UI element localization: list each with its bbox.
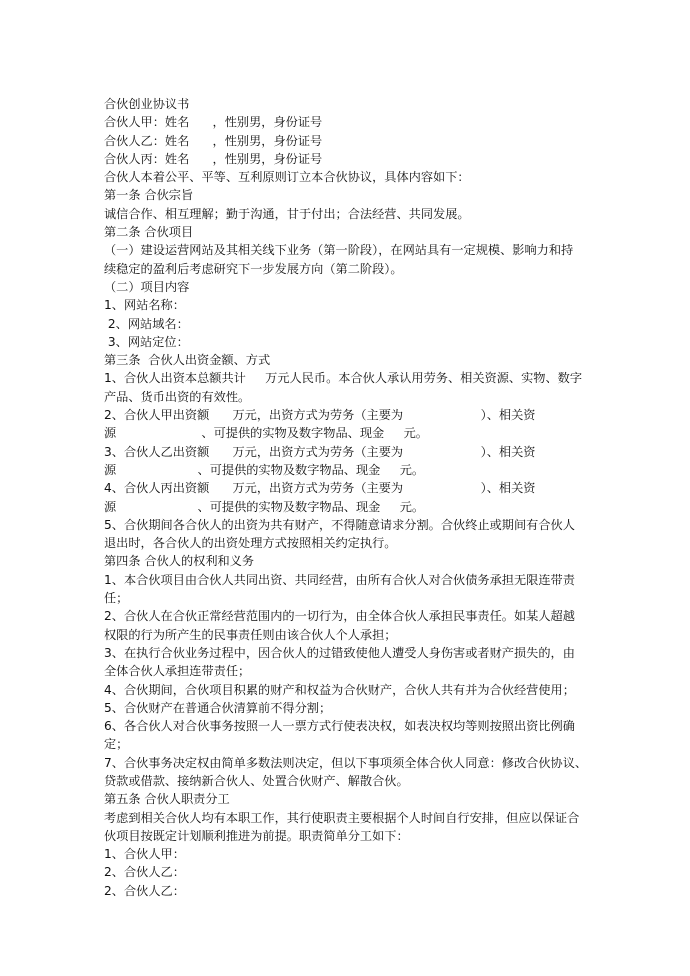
article-4-line: 6、各合伙人对合伙事务按照一人一票方式行使表决权，如表决权均等则按照出资比例确: [104, 717, 594, 735]
article-3-line: 源 、可提供的实物及数字物品、现金 元。: [104, 498, 594, 516]
article-2-heading: 第二条 合伙项目: [104, 223, 594, 241]
article-2-line: 1、网站名称：: [104, 296, 594, 314]
article-5-line: 1、合伙人甲：: [104, 845, 594, 863]
article-4-line: 5、合伙财产在普通合伙清算前不得分割；: [104, 699, 594, 717]
party-line-a: 合伙人甲：姓名 ，性别男，身份证号: [104, 113, 594, 131]
article-2-line: 2、网站域名：: [104, 315, 594, 333]
article-5-line: 2、合伙人乙：: [104, 882, 594, 900]
article-3-line: 源 、可提供的实物及数字物品、现金 元。: [104, 424, 594, 442]
document-page: 合伙创业协议书 合伙人甲：姓名 ，性别男，身份证号 合伙人乙：姓名 ，性别男，身…: [104, 95, 594, 900]
article-4-line: 定；: [104, 735, 594, 753]
article-5-heading: 第五条 合伙人职责分工: [104, 790, 594, 808]
article-4-line: 4、合伙期间，合伙项目积累的财产和权益为合伙财产，合伙人共有并为合伙经营使用；: [104, 681, 594, 699]
article-2-line: （二）项目内容: [104, 278, 594, 296]
article-3-line: 4、合伙人丙出资额 万元，出资方式为劳务（主要为 ）、相关资: [104, 479, 594, 497]
article-4-line: 任；: [104, 589, 594, 607]
article-5-line: 伙项目按既定计划顺利推进为前提。职责简单分工如下：: [104, 827, 594, 845]
article-4-line: 7、合伙事务决定权由简单多数法则决定，但以下事项须全体合伙人同意：修改合伙协议、: [104, 754, 594, 772]
party-line-c: 合伙人丙：姓名 ，性别男，身份证号: [104, 150, 594, 168]
article-4-line: 权限的行为所产生的民事责任则由该合伙人个人承担；: [104, 626, 594, 644]
article-4-heading: 第四条 合伙人的权利和义务: [104, 552, 594, 570]
party-line-b: 合伙人乙：姓名 ，性别男，身份证号: [104, 132, 594, 150]
article-2-line: 续稳定的盈利后考虑研究下一步发展方向（第二阶段）。: [104, 260, 594, 278]
article-4-line: 2、合伙人在合伙正常经营范围内的一切行为，由全体合伙人承担民事责任。如某人超越: [104, 607, 594, 625]
document-title: 合伙创业协议书: [104, 95, 594, 113]
article-3-line: 3、合伙人乙出资额 万元，出资方式为劳务（主要为 ）、相关资: [104, 443, 594, 461]
preamble: 合伙人本着公平、平等、互利原则订立本合伙协议，具体内容如下：: [104, 168, 594, 186]
article-1-heading: 第一条 合伙宗旨: [104, 186, 594, 204]
article-4-line: 全体合伙人承担连带责任；: [104, 662, 594, 680]
article-5-line: 2、合伙人乙：: [104, 863, 594, 881]
article-2-line: （一）建设运营网站及其相关线下业务（第一阶段），在网站具有一定规模、影响力和持: [104, 241, 594, 259]
article-3-line: 2、合伙人甲出资额 万元，出资方式为劳务（主要为 ）、相关资: [104, 406, 594, 424]
article-2-line: 3、网站定位：: [104, 333, 594, 351]
article-3-heading: 第三条 合伙人出资金额、方式: [104, 351, 594, 369]
article-3-line: 产品、货币出资的有效性。: [104, 388, 594, 406]
article-4-line: 贷款或借款、接纳新合伙人、处置合伙财产、解散合伙。: [104, 772, 594, 790]
article-3-line: 5、合伙期间各合伙人的出资为共有财产，不得随意请求分割。合伙终止或期间有合伙人: [104, 516, 594, 534]
article-4-line: 1、本合伙项目由合伙人共同出资、共同经营，由所有合伙人对合伙债务承担无限连带责: [104, 571, 594, 589]
article-3-line: 退出时，各合伙人的出资处理方式按照相关约定执行。: [104, 534, 594, 552]
article-3-line: 源 、可提供的实物及数字物品、现金 元。: [104, 461, 594, 479]
article-3-line: 1、合伙人出资本总额共计 万元人民币。本合伙人承认用劳务、相关资源、实物、数字: [104, 369, 594, 387]
article-5-line: 考虑到相关合伙人均有本职工作，其行使职责主要根据个人时间自行安排，但应以保证合: [104, 809, 594, 827]
article-1-body: 诚信合作、相互理解；勤于沟通，甘于付出；合法经营、共同发展。: [104, 205, 594, 223]
article-4-line: 3、在执行合伙业务过程中，因合伙人的过错致使他人遭受人身伤害或者财产损失的，由: [104, 644, 594, 662]
